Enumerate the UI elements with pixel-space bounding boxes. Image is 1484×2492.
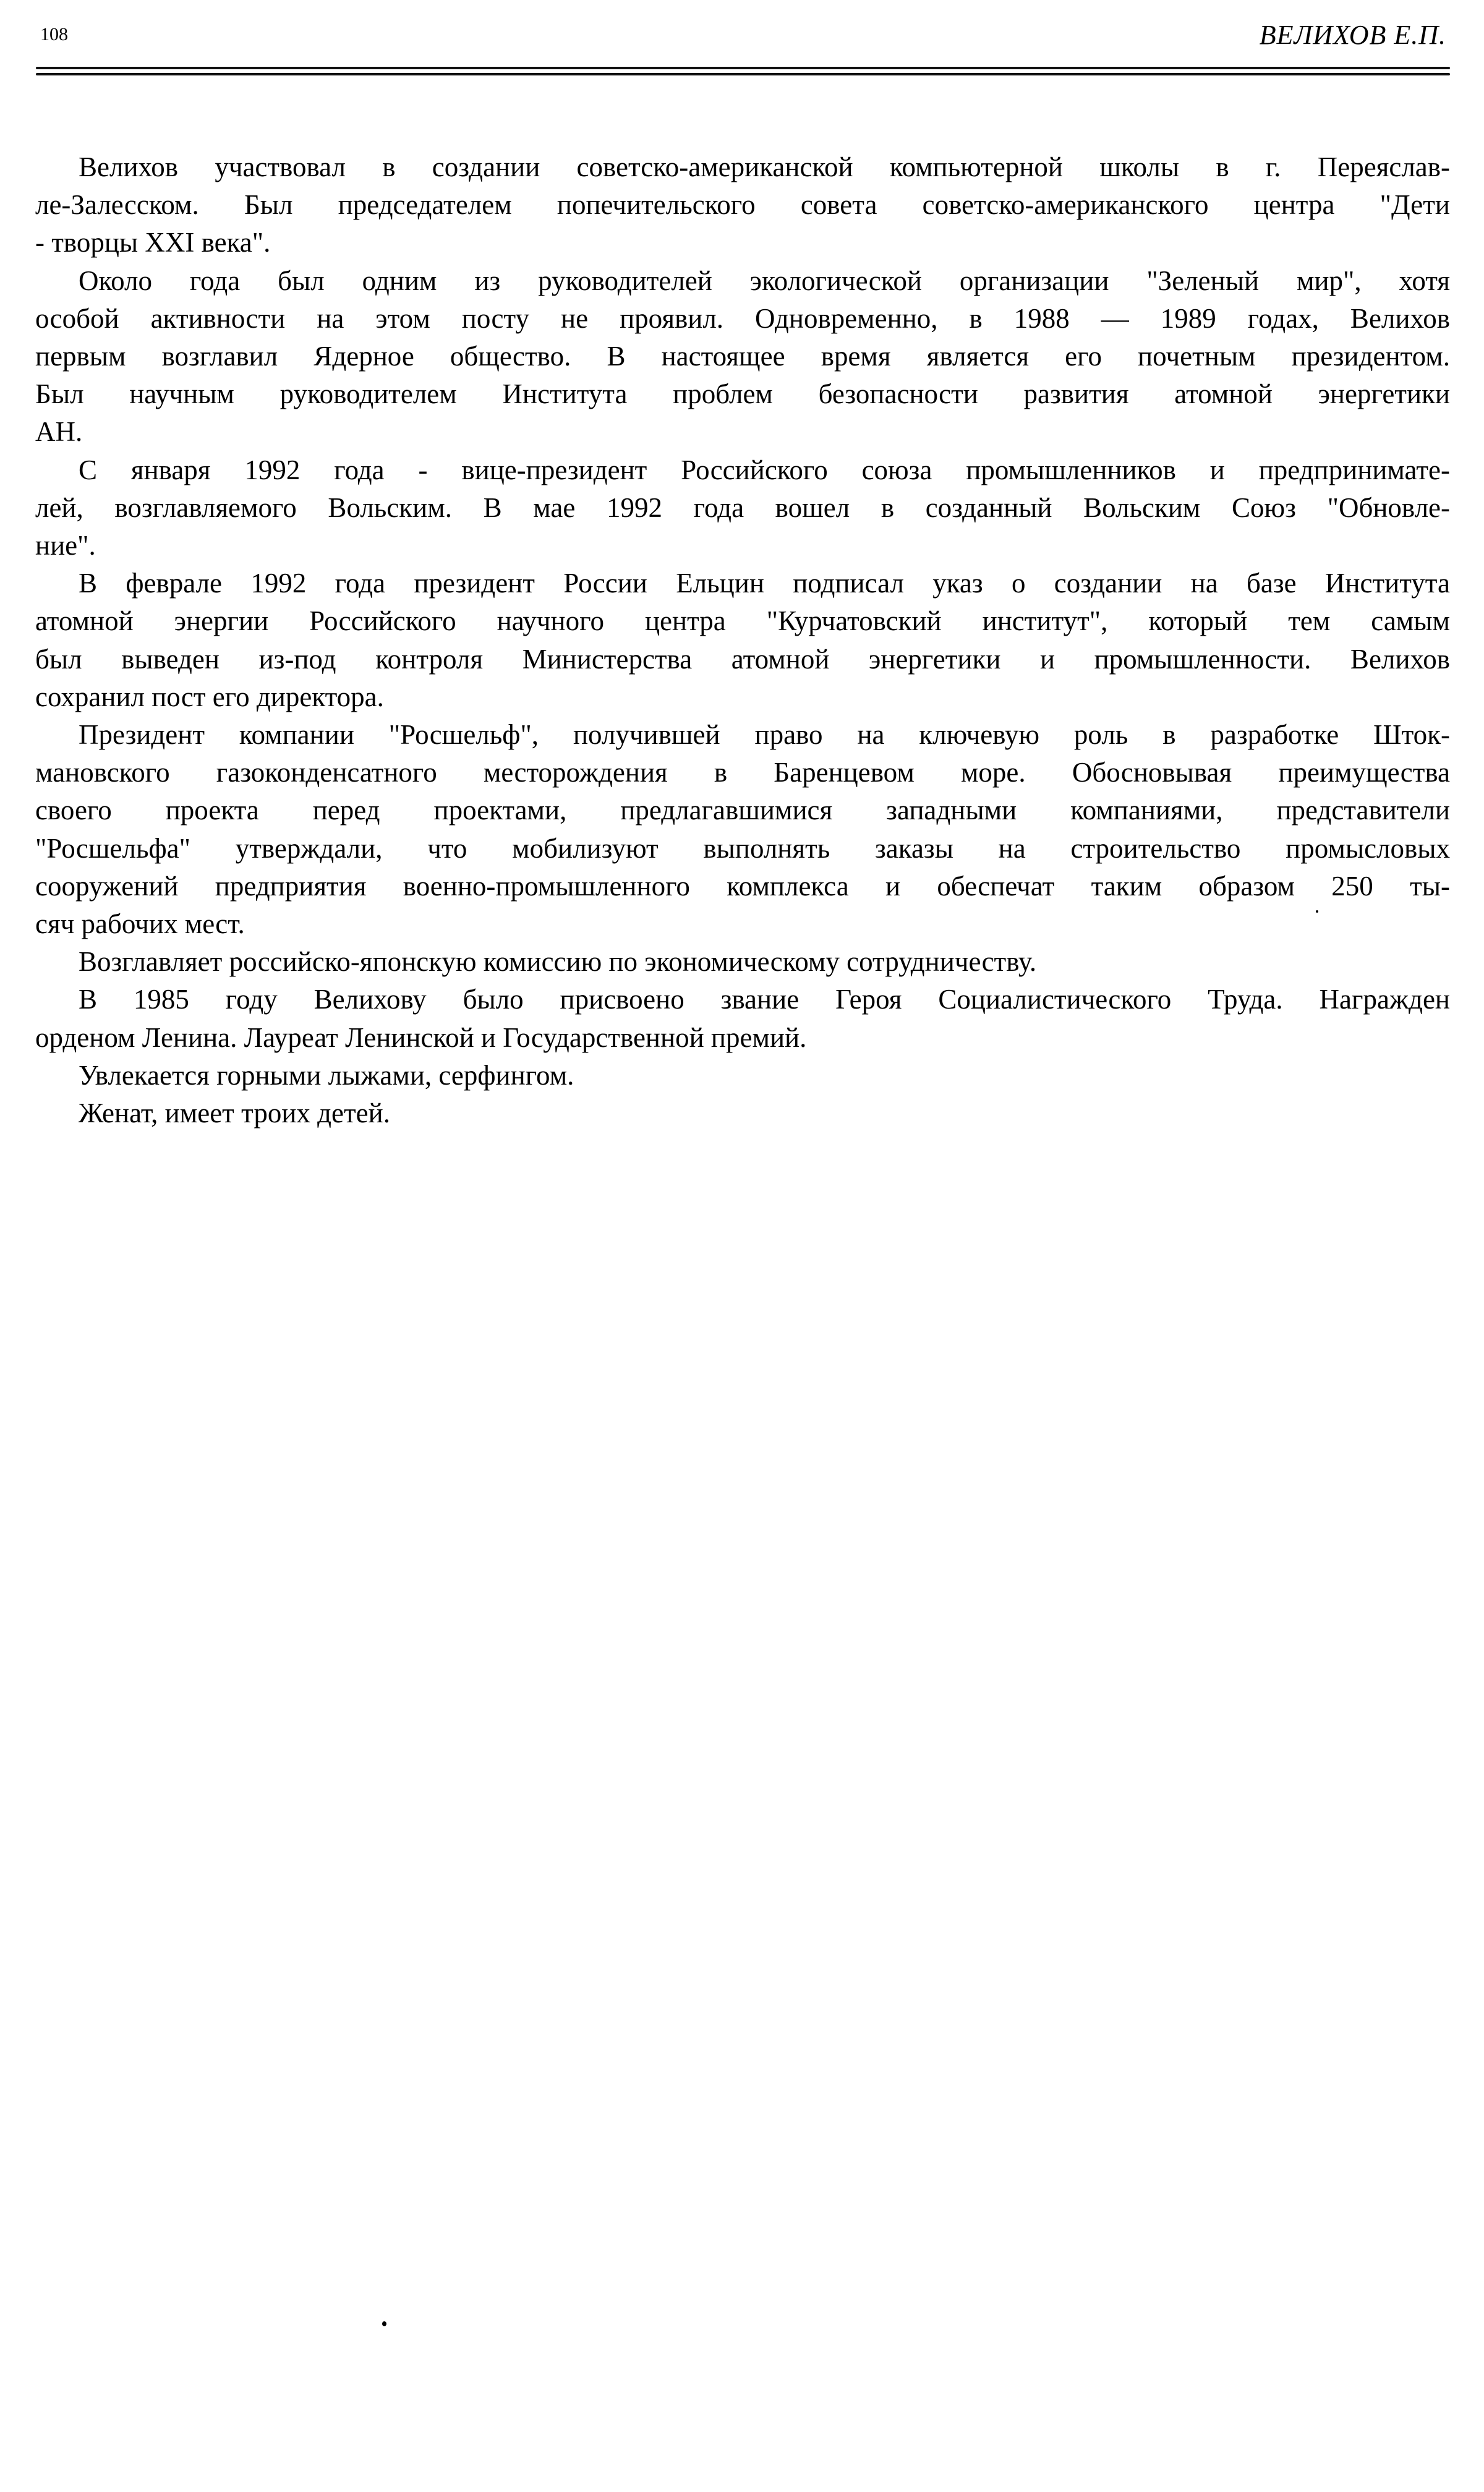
text-line: Президент компании "Росшельф", получивше… [35, 716, 1450, 754]
paragraph-8: Увлекается горными лыжами, серфингом. [35, 1057, 1450, 1095]
text-line: ле-Залесском. Был председателем попечите… [35, 186, 1450, 224]
paragraph-6: Возглавляет российско-японскую комиссию … [35, 943, 1450, 981]
text-line: Женат, имеет троих детей. [35, 1095, 1450, 1132]
page-number: 108 [40, 23, 68, 46]
text-line: - творцы XXI века". [35, 224, 1450, 262]
text-line: Был научным руководителем Института проб… [35, 375, 1450, 413]
paragraph-3: С января 1992 года - вице-президент Росс… [35, 451, 1450, 565]
text-line: Увлекается горными лыжами, серфингом. [35, 1057, 1450, 1095]
text-line: лей, возглавляемого Вольским. В мае 1992… [35, 489, 1450, 527]
paragraph-2: Около года был одним из руководителей эк… [35, 262, 1450, 451]
text-line: Велихов участвовал в создании советско-а… [35, 148, 1450, 186]
text-line: сохранил пост его директора. [35, 678, 1450, 716]
paragraph-4: В феврале 1992 года президент России Ель… [35, 565, 1450, 716]
text-line: Около года был одним из руководителей эк… [35, 262, 1450, 300]
text-line: был выведен из-под контроля Министерства… [35, 641, 1450, 678]
header-rule-top [36, 67, 1450, 69]
text-line: орденом Ленина. Лауреат Ленинской и Госу… [35, 1019, 1450, 1057]
text-line: С января 1992 года - вице-президент Росс… [35, 451, 1450, 489]
paragraph-7: В 1985 году Велихову было присвоено зван… [35, 981, 1450, 1056]
scan-speck [1316, 910, 1318, 913]
paragraph-9: Женат, имеет троих детей. [35, 1095, 1450, 1132]
text-line: атомной энергии Российского научного цен… [35, 602, 1450, 640]
article-body: Велихов участвовал в создании советско-а… [35, 148, 1450, 1132]
text-line: сооружений предприятия военно-промышленн… [35, 868, 1450, 905]
paragraph-1: Велихов участвовал в создании советско-а… [35, 148, 1450, 262]
page-header: 108 ВЕЛИХОВ Е.П. [36, 0, 1450, 80]
text-line: особой активности на этом посту не прояв… [35, 300, 1450, 338]
text-line: В 1985 году Велихову было присвоено зван… [35, 981, 1450, 1018]
text-line: ние". [35, 527, 1450, 565]
paragraph-5: Президент компании "Росшельф", получивше… [35, 716, 1450, 943]
text-line: АН. [35, 413, 1450, 451]
header-rule-bottom [36, 73, 1450, 75]
text-line: Возглавляет российско-японскую комиссию … [35, 943, 1450, 981]
text-line: первым возглавил Ядерное общество. В нас… [35, 338, 1450, 375]
scan-speck [382, 2321, 386, 2326]
text-line: своего проекта перед проектами, предлага… [35, 792, 1450, 829]
text-line: В феврале 1992 года президент России Ель… [35, 565, 1450, 602]
text-line: "Росшельфа" утверждали, что мобилизуют в… [35, 830, 1450, 868]
text-line: сяч рабочих мест. [35, 905, 1450, 943]
text-line: мановского газоконденсатного месторожден… [35, 754, 1450, 792]
running-title: ВЕЛИХОВ Е.П. [1260, 20, 1446, 51]
